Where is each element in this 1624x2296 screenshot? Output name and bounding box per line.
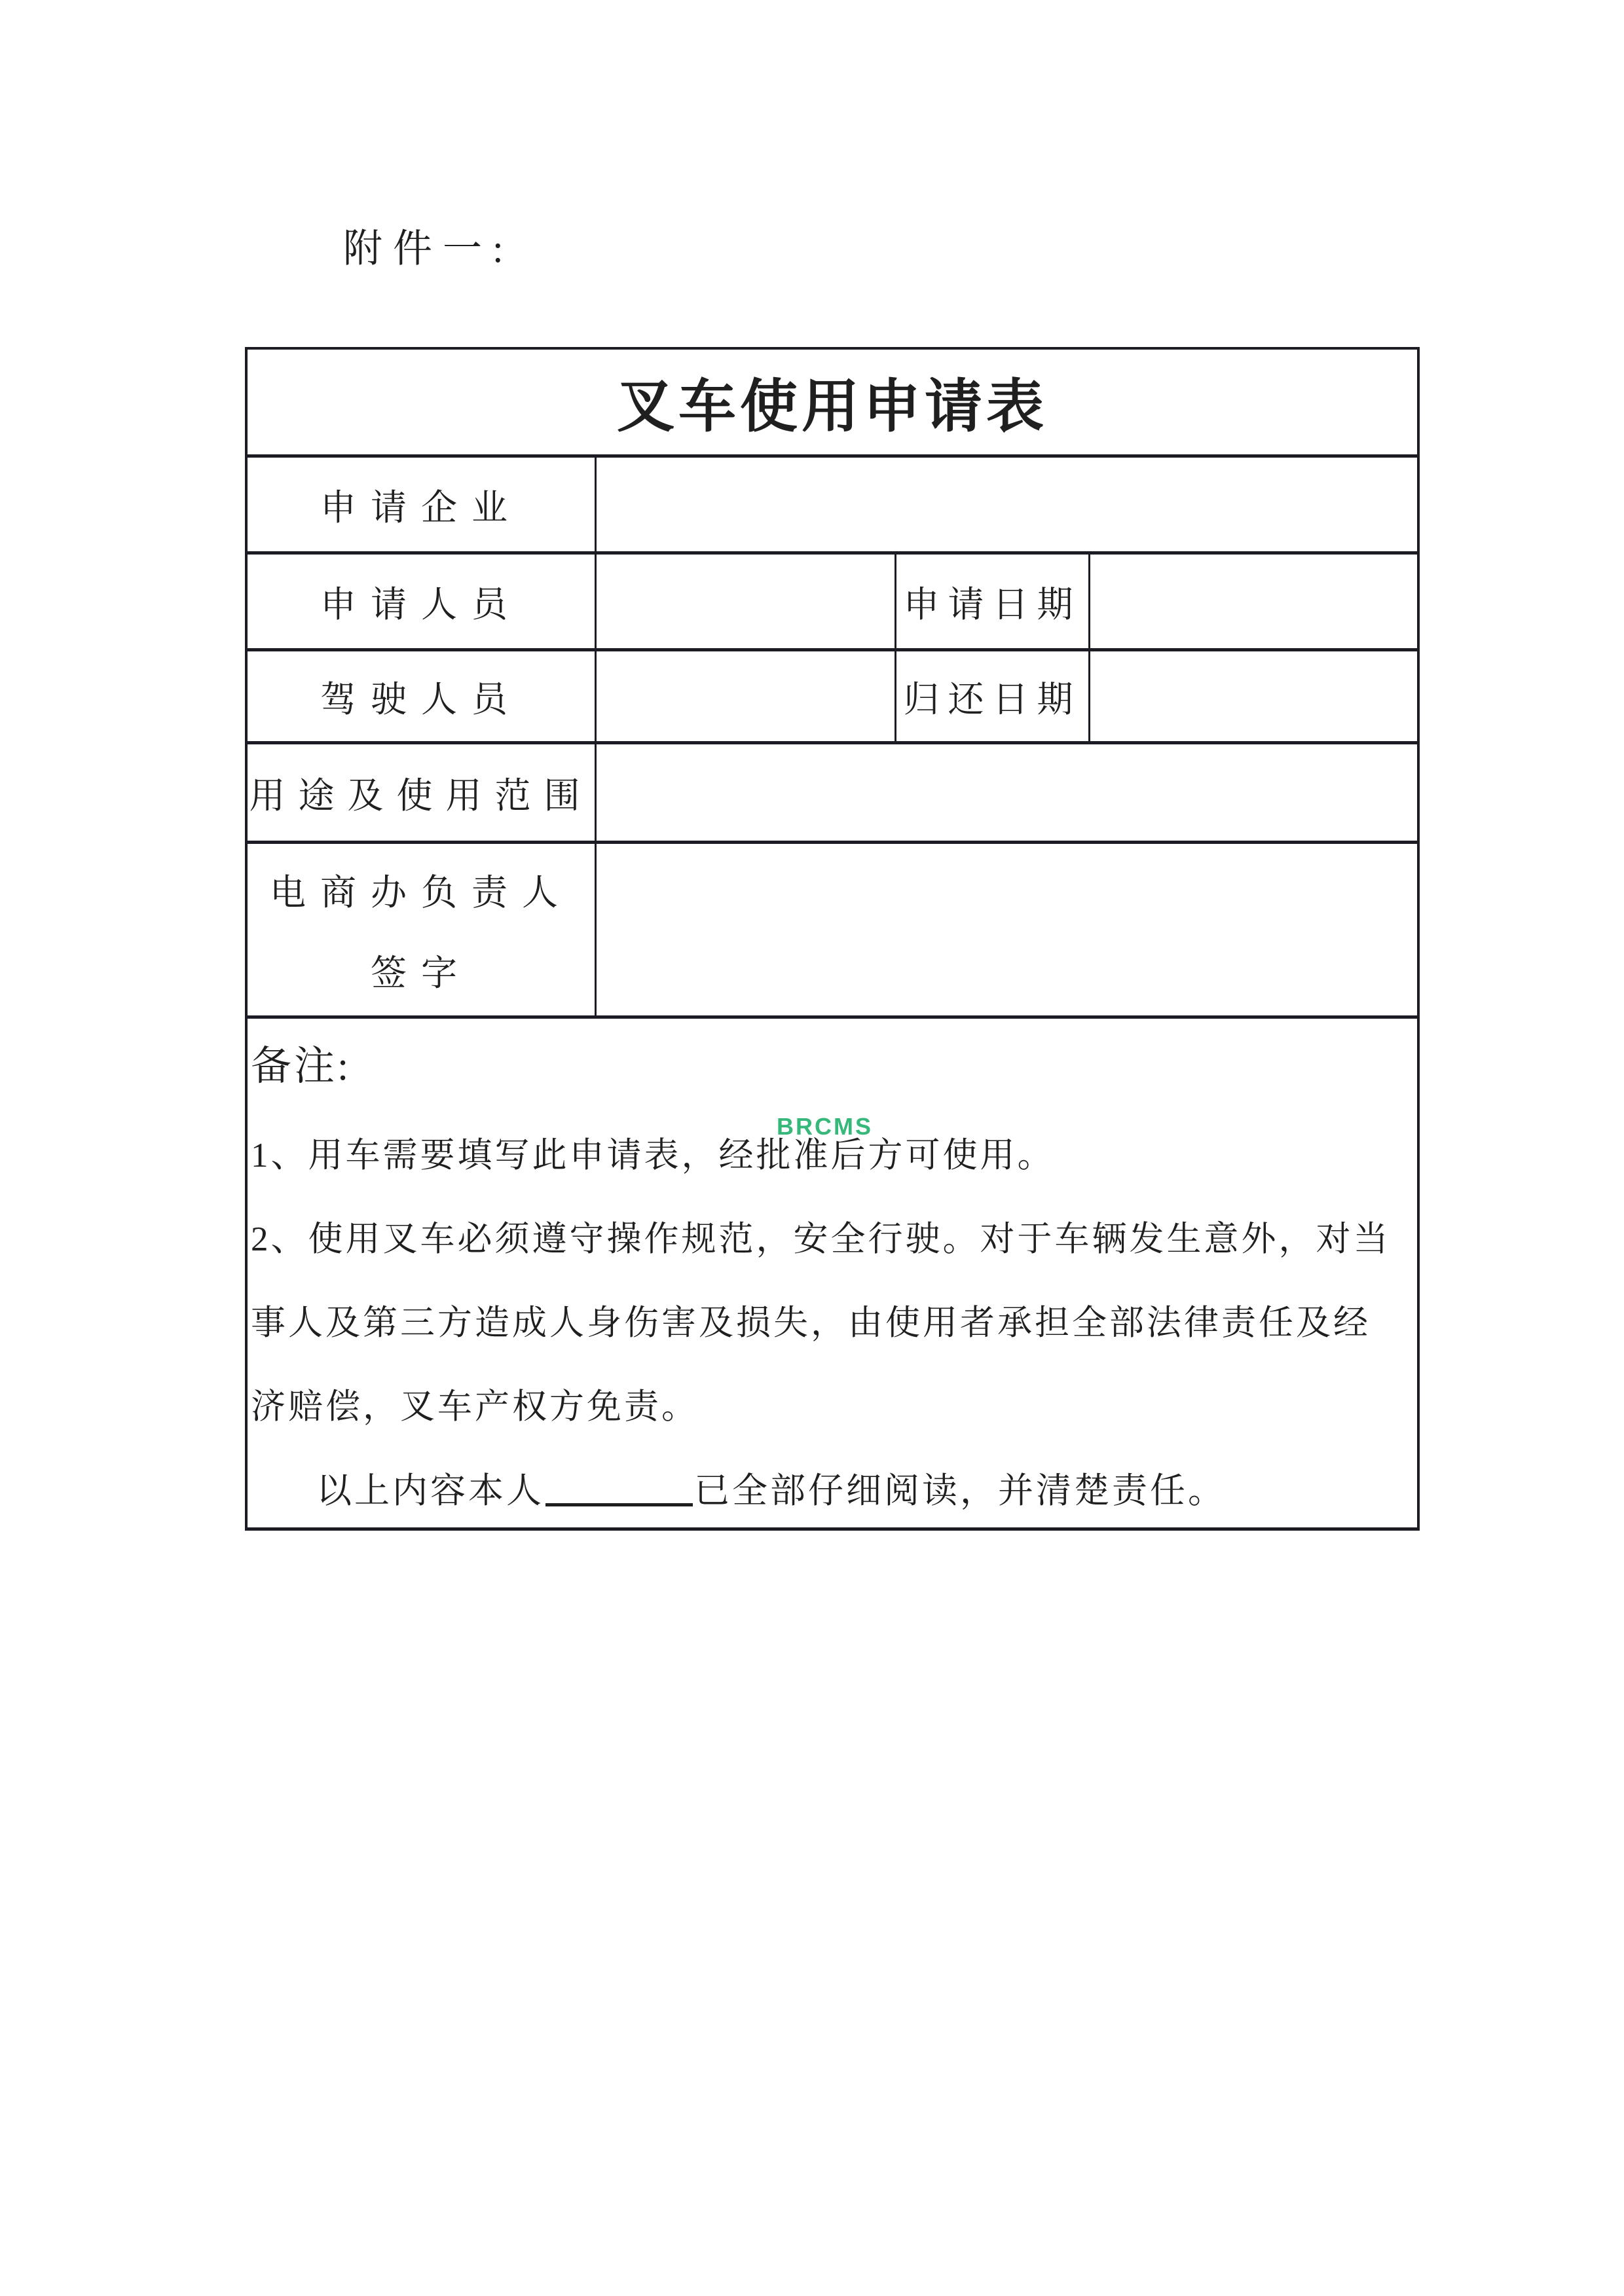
remarks-acknowledgement-line: 以上内容本人 已全部仔细阅读，并清楚责任。 [251, 1446, 1409, 1529]
row-remarks: 备注: 1、用车需要填写此申请表，经批准后方可使用。 2、使用叉车必须遵守操作规… [248, 1015, 1417, 1527]
office-head-signature-value-cell [595, 844, 1417, 1015]
scanned-document-page: 附件一: 叉车使用申请表 申请企业 申请人员 申请日期 [0, 0, 1624, 2296]
row-applying-enterprise: 申请企业 [248, 454, 1417, 551]
driver-label: 驾驶人员 [320, 670, 522, 722]
purpose-scope-label-cell: 用途及使用范围 [248, 744, 595, 841]
office-head-label-line2: 签字 [371, 930, 471, 1010]
applicant-value-cell [595, 555, 895, 648]
remarks-note-2-line3: 济赔偿，叉车产权方免责。 [251, 1362, 1409, 1446]
row-applicant: 申请人员 申请日期 [248, 551, 1417, 648]
purpose-scope-label: 用途及使用范围 [249, 767, 593, 818]
office-head-signature-label-cell: 电商办负责人 签字 [248, 844, 595, 1015]
form-title-row: 叉车使用申请表 [248, 350, 1417, 454]
office-head-label-line1: 电商办负责人 [270, 849, 572, 930]
remarks-heading: 备注: [251, 1025, 1409, 1099]
purpose-scope-value-cell [595, 744, 1417, 841]
remarks-note-2-line1: 2、使用叉车必须遵守操作规范，安全行驶。对于车辆发生意外，对当 [251, 1194, 1409, 1278]
attachment-heading: 附件一: [343, 217, 514, 274]
return-date-label-cell: 归还日期 [895, 651, 1088, 741]
return-date-value-cell [1088, 651, 1417, 741]
acknowledgement-suffix: 已全部仔细阅读，并清楚责任。 [694, 1463, 1226, 1513]
brcms-watermark: BRCMS [777, 1113, 873, 1140]
application-date-label: 申请日期 [903, 575, 1081, 627]
return-date-label: 归还日期 [903, 670, 1081, 722]
form-title: 叉车使用申请表 [617, 361, 1048, 443]
row-office-head-signature: 电商办负责人 签字 [248, 841, 1417, 1015]
applying-enterprise-label: 申请企业 [320, 479, 522, 530]
applicant-label: 申请人员 [320, 575, 522, 627]
application-date-value-cell [1088, 555, 1417, 648]
application-date-label-cell: 申请日期 [895, 555, 1088, 648]
applicant-label-cell: 申请人员 [248, 555, 595, 648]
driver-value-cell [595, 651, 895, 741]
applying-enterprise-label-cell: 申请企业 [248, 458, 595, 551]
row-driver: 驾驶人员 归还日期 [248, 648, 1417, 741]
remarks-note-2-line2: 事人及第三方造成人身伤害及损失，由使用者承担全部法律责任及经 [251, 1278, 1409, 1362]
form-title-cell: 叉车使用申请表 [248, 350, 1417, 454]
driver-label-cell: 驾驶人员 [248, 651, 595, 741]
remarks-cell: 备注: 1、用车需要填写此申请表，经批准后方可使用。 2、使用叉车必须遵守操作规… [248, 1019, 1417, 1527]
row-purpose-scope: 用途及使用范围 [248, 741, 1417, 841]
applying-enterprise-value-cell [595, 458, 1417, 551]
acknowledgement-prefix: 以上内容本人 [316, 1463, 544, 1513]
application-form-table: 叉车使用申请表 申请企业 申请人员 申请日期 驾驶人员 [245, 347, 1420, 1531]
signature-blank-underline [545, 1468, 693, 1506]
